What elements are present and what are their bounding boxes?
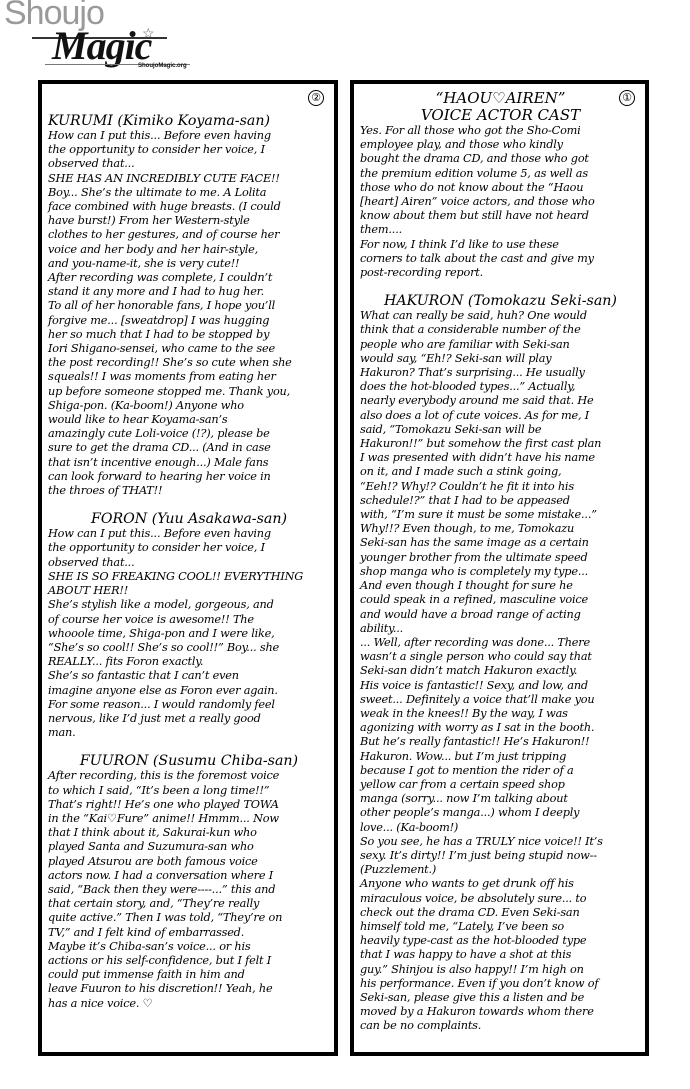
- star-icon: ☆: [142, 26, 155, 42]
- section-heading-fuuron: FUURON (Susumu Chiba-san): [48, 754, 330, 769]
- page-number-2: ②: [308, 90, 324, 106]
- page-title-line1: “HAOU♡AIREN”: [360, 90, 641, 107]
- page-panel-1: ① “HAOU♡AIREN” VOICE ACTOR CAST Yes. For…: [350, 80, 649, 1056]
- logo-url: ShoujoMagic.org: [138, 63, 187, 69]
- page-title-line2: VOICE ACTOR CAST: [360, 107, 641, 124]
- logo-magic-text: Magic: [52, 22, 151, 69]
- section-heading-hakuron: HAKURON (Tomokazu Seki-san): [360, 294, 641, 309]
- section-body-kurumi: How can I put this... Before even having…: [48, 129, 330, 498]
- shoujomagic-logo: Shoujo Magic ☆ ShoujoMagic.org: [0, 0, 200, 72]
- section-body-foron: How can I put this... Before even having…: [48, 527, 330, 740]
- page-number-1: ①: [619, 90, 635, 106]
- section-body-fuuron: After recording, this is the foremost vo…: [48, 769, 330, 1010]
- page-panel-2: ② KURUMI (Kimiko Koyama-san) How can I p…: [38, 80, 338, 1056]
- section-heading-foron: FORON (Yuu Asakawa-san): [48, 512, 330, 527]
- intro-text: Yes. For all those who got the Sho-Comi …: [360, 124, 641, 280]
- section-heading-kurumi: KURUMI (Kimiko Koyama-san): [48, 114, 330, 129]
- section-body-hakuron: What can really be said, huh? One would …: [360, 309, 641, 1033]
